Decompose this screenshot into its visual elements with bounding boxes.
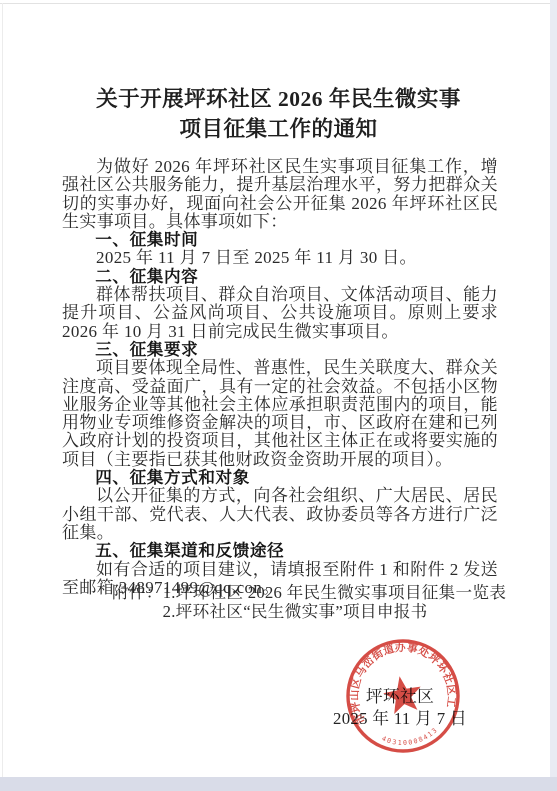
document-title-line1: 关于开展坪环社区 2026 年民生微实事 <box>0 84 557 114</box>
scan-edge-top <box>0 3 557 4</box>
section-body-2: 群体帮扶项目、群众自治项目、文体活动项目、能力提升项目、公益风尚项目、公共设施项… <box>62 286 498 341</box>
section-body-1: 2025 年 11 月 7 日至 2025 年 11 月 30 日。 <box>62 249 498 267</box>
document-page: 关于开展坪环社区 2026 年民生微实事 项目征集工作的通知 为做好 2026 … <box>0 0 557 791</box>
section-heading-3: 三、征集要求 <box>62 341 498 359</box>
seal-serial: 4403100084134 <box>316 611 441 760</box>
intro-paragraph: 为做好 2026 年坪环社区民生实事项目征集工作，增强社区公共服务能力，提升基层… <box>62 158 498 231</box>
section-heading-4: 四、征集方式和对象 <box>62 469 498 487</box>
attachment-line-1: 附件：1.坪环社区 2026 年民生微实事项目征集一览表 <box>112 584 512 603</box>
document-title-line2: 项目征集工作的通知 <box>0 114 557 144</box>
attachments-label: 附件： <box>112 583 163 602</box>
section-heading-2: 二、征集内容 <box>62 268 498 286</box>
official-seal: 深圳市坪山区马峦街道办事处坪环社区工作站 4403100084134 <box>316 609 490 783</box>
section-body-4: 以公开征集的方式，向各社会组织、广大居民、居民小组干部、党代表、人大代表、政协委… <box>62 487 498 542</box>
scan-edge-bottom <box>0 777 557 791</box>
seal-star-icon <box>381 673 425 715</box>
section-body-3: 项目要体现全局性、普惠性，民生关联度大、群众关注度高、受益面广，具有一定的社会效… <box>62 359 498 469</box>
document-body: 为做好 2026 年坪环社区民生实事项目征集工作，增强社区公共服务能力，提升基层… <box>62 158 498 597</box>
attachment-item-1: 1.坪环社区 2026 年民生微实事项目征集一览表 <box>163 583 507 602</box>
seal-ring-text: 深圳市坪山区马峦街道办事处坪环社区工作站 <box>316 609 462 732</box>
section-heading-5: 五、征集渠道和反馈途径 <box>62 542 498 560</box>
section-heading-1: 一、征集时间 <box>62 231 498 249</box>
document-title: 关于开展坪环社区 2026 年民生微实事 项目征集工作的通知 <box>0 84 557 144</box>
